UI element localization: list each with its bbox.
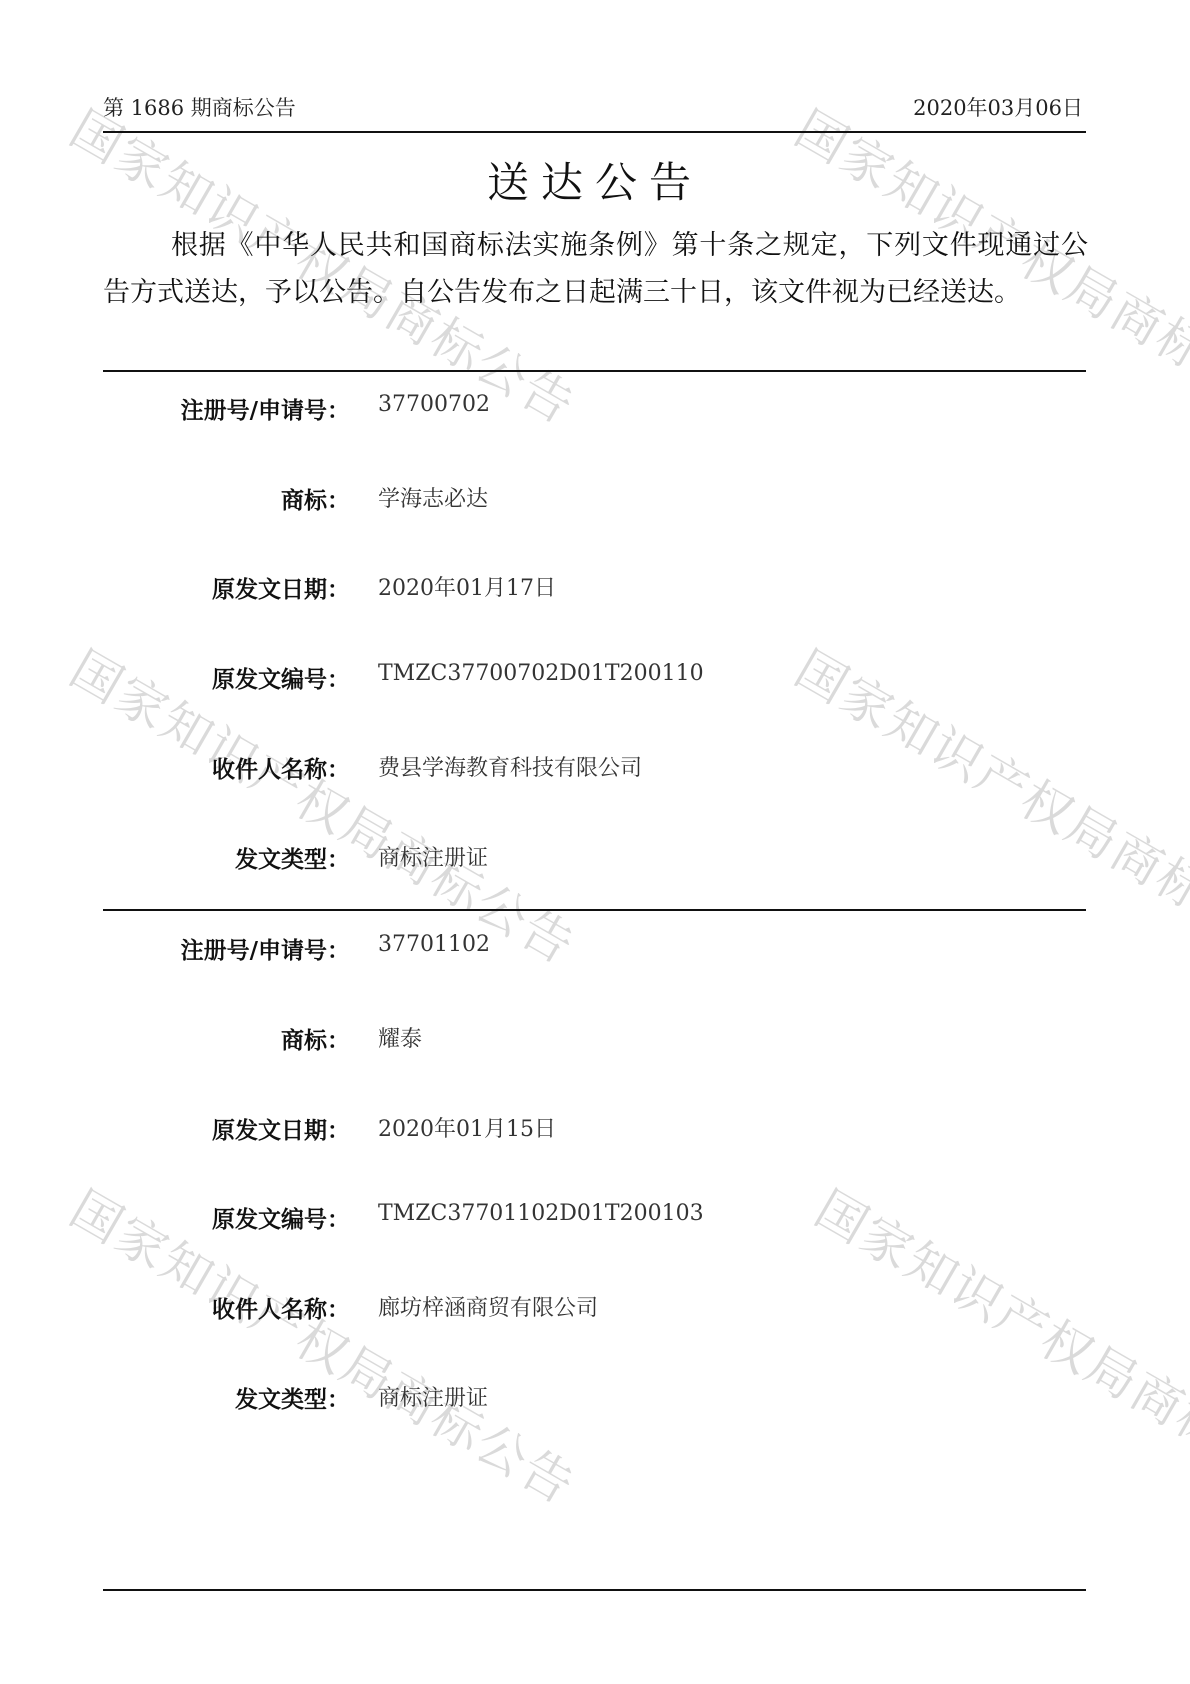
field-orig-date: 原发文日期： 2020年01月17日 (0, 571, 1190, 611)
orig-date-value: 2020年01月17日 (378, 571, 556, 602)
field-label: 发文类型： (235, 1381, 350, 1414)
field-label: 商标： (281, 1022, 350, 1055)
field-label: 注册号/申请号： (181, 392, 350, 425)
field-doc-type: 发文类型： 商标注册证 (0, 1381, 1190, 1421)
field-label: 商标： (281, 482, 350, 515)
recipient-value: 廊坊梓涵商贸有限公司 (378, 1291, 598, 1322)
field-orig-date: 原发文日期： 2020年01月15日 (0, 1112, 1190, 1152)
field-doc-type: 发文类型： 商标注册证 (0, 841, 1190, 881)
issue-date: 2020年03月06日 (913, 92, 1083, 122)
page-title: 送达公告 (0, 150, 1190, 210)
field-trademark: 商标： 耀泰 (0, 1022, 1190, 1062)
field-label: 原发文编号： (212, 661, 350, 694)
doc-type-value: 商标注册证 (378, 1381, 488, 1412)
field-reg-no: 注册号/申请号： 37700702 (0, 392, 1190, 432)
field-label: 收件人名称： (212, 751, 350, 784)
field-orig-no: 原发文编号： TMZC37701102D01T200103 (0, 1201, 1190, 1241)
field-label: 原发文编号： (212, 1201, 350, 1234)
issue-number: 第 1686 期商标公告 (103, 92, 296, 122)
trademark-value: 耀泰 (378, 1022, 422, 1053)
field-label: 原发文日期： (212, 571, 350, 604)
intro-paragraph: 根据《中华人民共和国商标法实施条例》第十条之规定，下列文件现通过公告方式送达，予… (103, 222, 1088, 316)
field-recipient: 收件人名称： 廊坊梓涵商贸有限公司 (0, 1291, 1190, 1331)
announcement-page: 国家知识产权局商标公告 国家知识产权局商标公告 国家知识产权局商标公告 国家知识… (0, 0, 1190, 1684)
field-orig-no: 原发文编号： TMZC37700702D01T200110 (0, 661, 1190, 701)
field-label: 原发文日期： (212, 1112, 350, 1145)
reg-no-value: 37700702 (378, 392, 490, 417)
reg-no-value: 37701102 (378, 932, 490, 957)
trademark-value: 学海志必达 (378, 482, 488, 513)
field-recipient: 收件人名称： 费县学海教育科技有限公司 (0, 751, 1190, 791)
field-label: 注册号/申请号： (181, 932, 350, 965)
field-label: 发文类型： (235, 841, 350, 874)
orig-no-value: TMZC37701102D01T200103 (378, 1201, 704, 1226)
record-divider (103, 909, 1086, 911)
field-label: 收件人名称： (212, 1291, 350, 1324)
field-reg-no: 注册号/申请号： 37701102 (0, 932, 1190, 972)
recipient-value: 费县学海教育科技有限公司 (378, 751, 642, 782)
doc-type-value: 商标注册证 (378, 841, 488, 872)
footer-divider (103, 1589, 1086, 1591)
orig-date-value: 2020年01月15日 (378, 1112, 556, 1143)
orig-no-value: TMZC37700702D01T200110 (378, 661, 704, 686)
field-trademark: 商标： 学海志必达 (0, 482, 1190, 522)
section-divider (103, 370, 1086, 372)
header-divider (103, 131, 1086, 133)
